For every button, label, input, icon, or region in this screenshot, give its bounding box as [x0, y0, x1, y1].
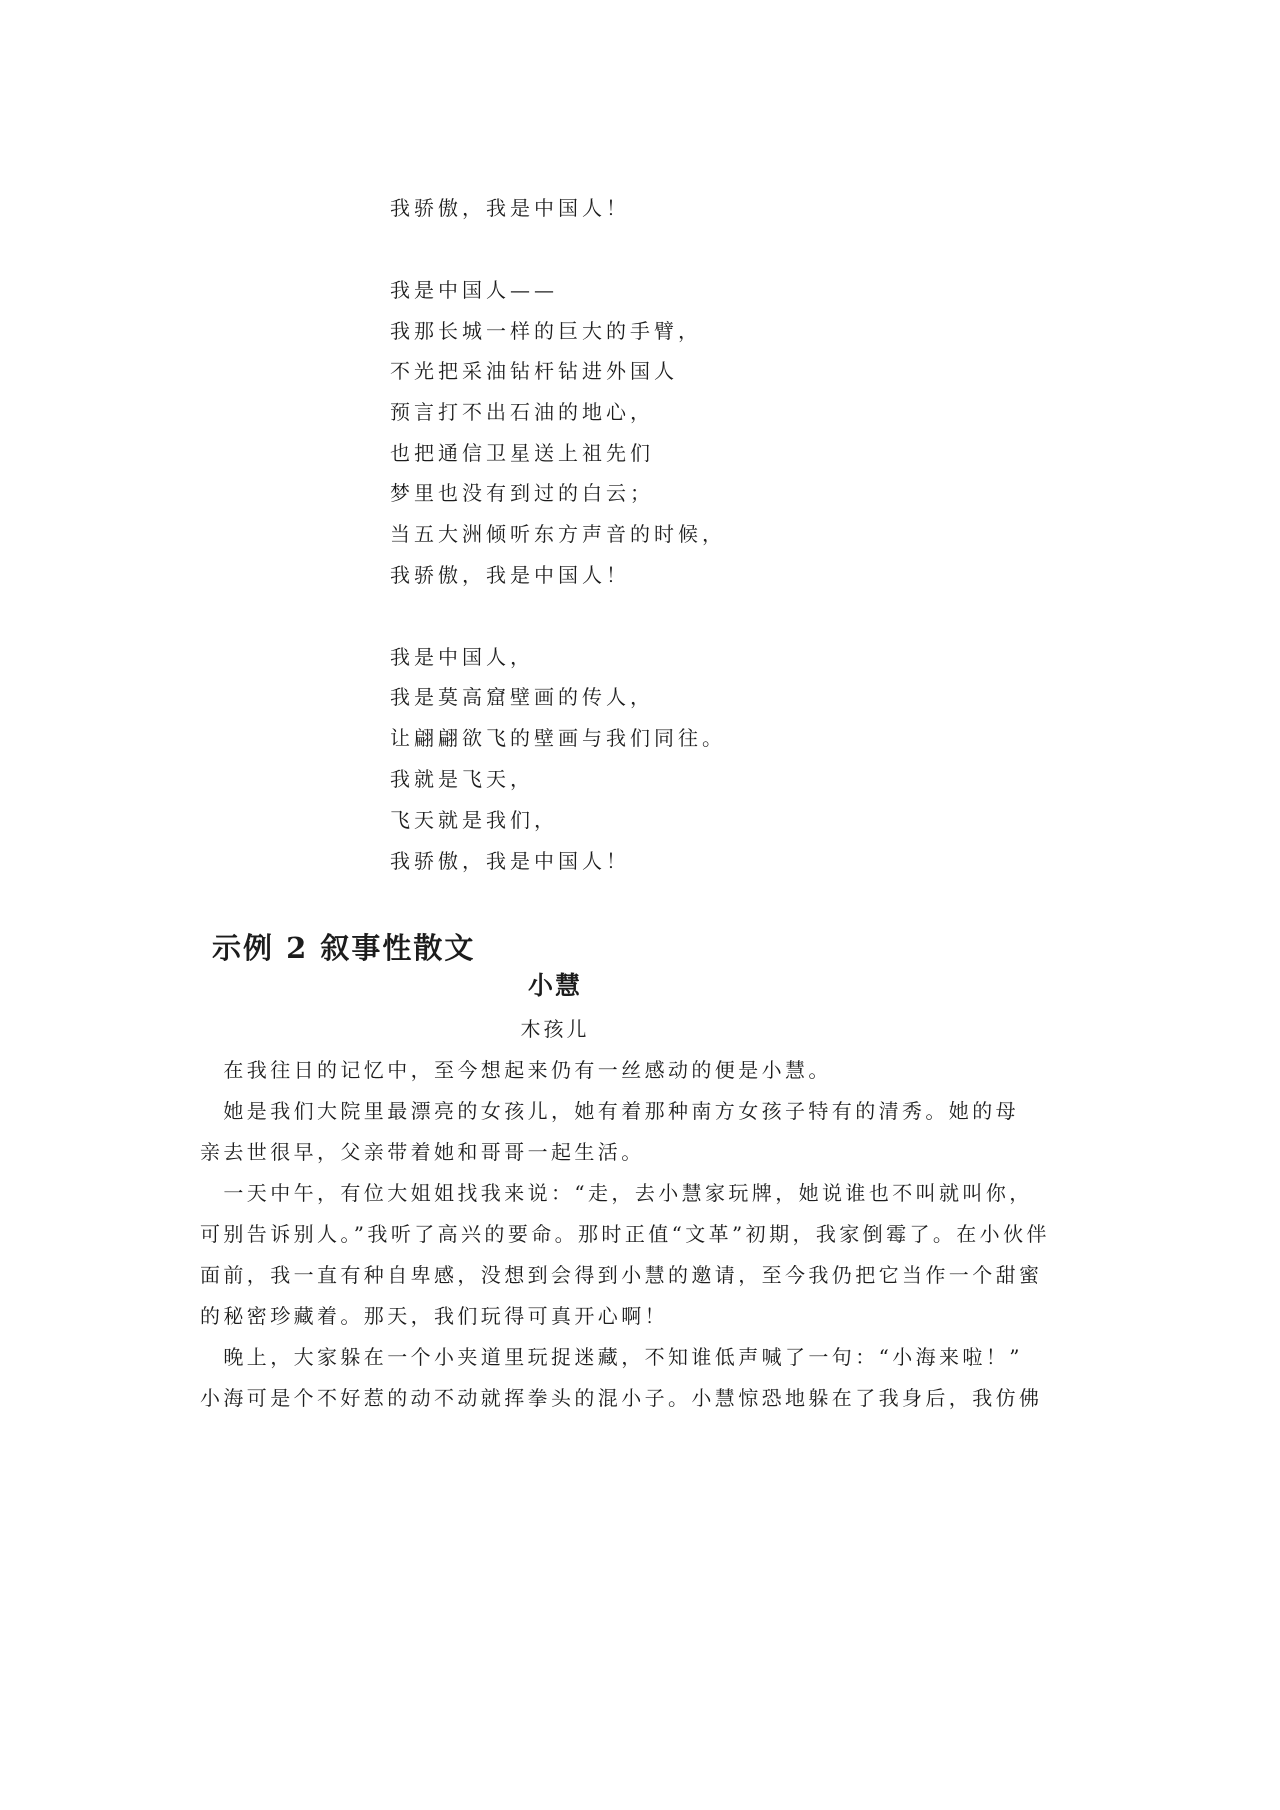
poem-line: 飞天就是我们， [390, 808, 558, 832]
essay-line: 小海可是个不好惹的动不动就挥拳头的混小子。小慧惊恐地躲在了我身后，我仿佛 [200, 1378, 962, 1419]
poem-line: 也把通信卫星送上祖先们 [390, 441, 654, 465]
essay-line: 面前，我一直有种自卑感，没想到会得到小慧的邀请，至今我仍把它当作一个甜蜜 [200, 1255, 962, 1296]
poem-line: 我骄傲，我是中国人！ [390, 563, 630, 587]
essay-line: 在我往日的记忆中，至今想起来仍有一丝感动的便是小慧。 [200, 1050, 962, 1091]
poem-line: 我就是飞天， [390, 767, 534, 791]
essay-line: 的秘密珍藏着。那天，我们玩得可真开心啊！ [200, 1296, 962, 1337]
essay-line: 亲去世很早，父亲带着她和哥哥一起生活。 [200, 1132, 962, 1173]
essay-line: 可别告诉别人。”我听了高兴的要命。那时正值“文革”初期，我家倒霉了。在小伙伴 [200, 1214, 962, 1255]
section-heading: 示例 2 叙事性散文 [212, 926, 475, 967]
poem-line: 预言打不出石油的地心， [390, 400, 654, 424]
document-page: 我骄傲，我是中国人！ 我是中国人—— 我那长城一样的巨大的手臂， 不光把采油钻杆… [0, 0, 1280, 1810]
poem-line: 我骄傲，我是中国人！ [390, 196, 630, 220]
poem-line: 当五大洲倾听东方声音的时候， [390, 522, 726, 546]
poem-line: 我骄傲，我是中国人！ [390, 849, 630, 873]
poem-line: 我是莫高窟壁画的传人， [390, 685, 654, 709]
essay-line: 一天中午，有位大姐姐找我来说：“走，去小慧家玩牌，她说谁也不叫就叫你， [200, 1173, 962, 1214]
poem-line: 我是中国人—— [390, 278, 558, 302]
essay-line: 她是我们大院里最漂亮的女孩儿，她有着那种南方女孩子特有的清秀。她的母 [200, 1091, 962, 1132]
poem-line: 我那长城一样的巨大的手臂， [390, 319, 702, 343]
poem-line: 让翩翩欲飞的壁画与我们同往。 [390, 726, 726, 750]
poem-line: 我是中国人， [390, 645, 534, 669]
poem-line: 梦里也没有到过的白云； [390, 481, 654, 505]
poem-line: 不光把采油钻杆钻进外国人 [390, 359, 678, 383]
essay-author: 木孩儿 [0, 1013, 1110, 1042]
essay-line: 晚上，大家躲在一个小夹道里玩捉迷藏，不知谁低声喊了一句：“小海来啦！” [200, 1337, 962, 1378]
essay-body: 在我往日的记忆中，至今想起来仍有一丝感动的便是小慧。 她是我们大院里最漂亮的女孩… [200, 1050, 962, 1419]
essay-title: 小慧 [0, 966, 1110, 1002]
